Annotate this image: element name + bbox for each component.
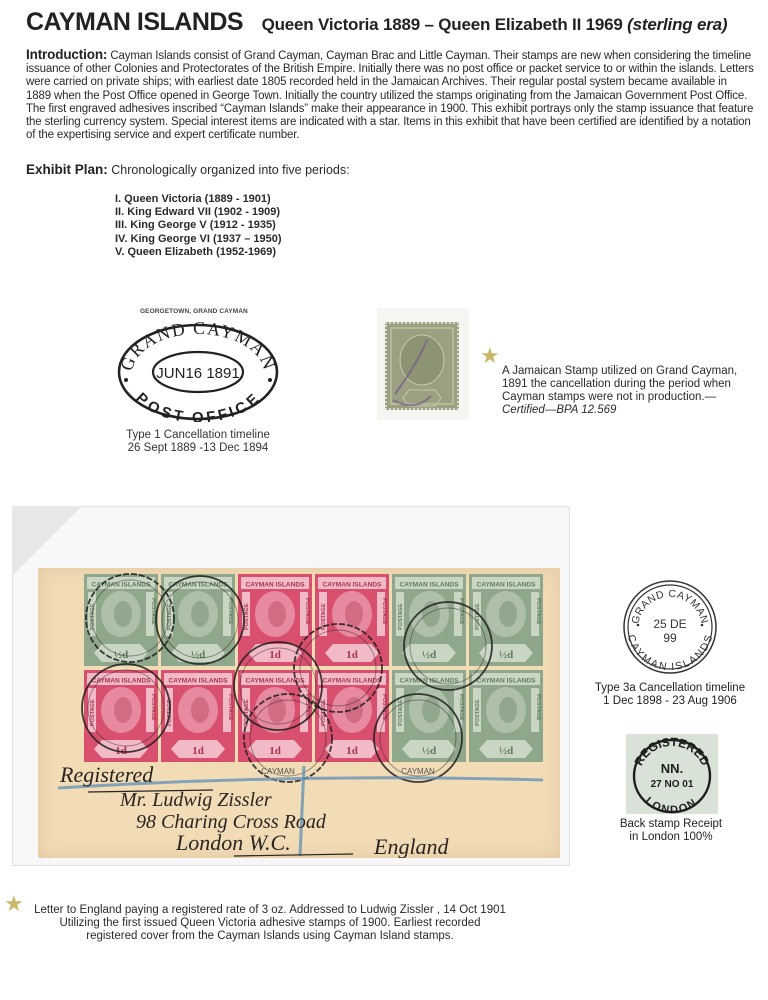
type3a-circular-postmark: GRAND CAYMAN CAYMAN ISLANDS 25 DE 99: [622, 579, 718, 675]
svg-text:1d: 1d: [192, 745, 204, 757]
svg-text:POSTAGE: POSTAGE: [227, 694, 233, 721]
back-stamp-bottom-text: LONDON.: [643, 795, 702, 814]
svg-text:Mr. Ludwig Zissler: Mr. Ludwig Zissler: [119, 789, 272, 811]
svg-text:½d: ½d: [422, 745, 436, 757]
svg-text:CAYMAN: CAYMAN: [261, 767, 295, 776]
subtitle-text: Queen Victoria 1889 – Queen Elizabeth II…: [262, 15, 623, 34]
svg-text:England: England: [373, 834, 450, 858]
back-stamp-caption-line: Back stamp Receipt: [598, 818, 744, 831]
type1-caption: Type 1 Cancellation timeline 26 Sept 188…: [112, 429, 284, 455]
page-header: CAYMAN ISLANDS Queen Victoria 1889 – Que…: [26, 8, 727, 37]
cover-description-line: registered cover from the Cayman Islands…: [20, 930, 520, 943]
certification-note: Certified—BPA 12.569: [502, 404, 757, 417]
svg-text:POST OFFICE: POST OFFICE: [132, 390, 263, 422]
page-subtitle: Queen Victoria 1889 – Queen Elizabeth II…: [262, 15, 728, 34]
type3a-caption: Type 3a Cancellation timeline 1 Dec 1898…: [588, 682, 752, 708]
type3a-caption-line: 1 Dec 1898 - 23 Aug 1906: [588, 695, 752, 708]
svg-text:POSTAGE: POSTAGE: [475, 699, 481, 726]
svg-text:POSTAGE: POSTAGE: [244, 603, 250, 630]
type1-caption-line: Type 1 Cancellation timeline: [112, 429, 284, 442]
period-item: I. Queen Victoria (1889 - 1901): [115, 193, 282, 206]
svg-text:POSTAGE: POSTAGE: [150, 598, 156, 625]
cover-description-line: Utilizing the first issued Queen Victori…: [20, 917, 520, 930]
back-stamp-caption: Back stamp Receipt in London 100%: [598, 818, 744, 844]
back-stamp-image: REGISTERED LONDON. NN. 27 NO 01: [626, 734, 718, 814]
svg-text:London W.C.: London W.C.: [175, 830, 291, 855]
period-list: I. Queen Victoria (1889 - 1901) II. King…: [115, 193, 282, 259]
introduction-paragraph: Introduction: Cayman Islands consist of …: [26, 48, 754, 142]
cover-stamps-and-address: CAYMAN ISLANDSPOSTAGEPOSTAGE½dCAYMAN ISL…: [38, 568, 560, 858]
jamaican-stamp-image: [385, 322, 459, 410]
svg-text:CAYMAN: CAYMAN: [401, 767, 435, 776]
svg-text:CAYMAN ISLANDS: CAYMAN ISLANDS: [399, 582, 459, 589]
back-stamp-center: NN.: [661, 761, 683, 776]
cover-description-line: Letter to England paying a registered ra…: [20, 904, 520, 917]
svg-text:POSTAGE: POSTAGE: [398, 603, 404, 630]
svg-text:CAYMAN ISLANDS: CAYMAN ISLANDS: [245, 582, 305, 589]
svg-text:½d: ½d: [499, 745, 513, 757]
svg-text:½d: ½d: [499, 649, 513, 661]
svg-text:POSTAGE: POSTAGE: [535, 694, 541, 721]
svg-text:Registered: Registered: [59, 762, 154, 787]
svg-text:½d: ½d: [422, 649, 436, 661]
type3a-caption-line: Type 3a Cancellation timeline: [588, 682, 752, 695]
period-item: IV. King George VI (1937 – 1950): [115, 233, 282, 246]
svg-text:1d: 1d: [269, 649, 281, 661]
exhibit-plan-label: Exhibit Plan:: [26, 162, 108, 177]
cds-date: 25 DE: [653, 617, 686, 631]
svg-text:1d: 1d: [346, 649, 358, 661]
page-title: CAYMAN ISLANDS: [26, 8, 243, 36]
svg-text:POSTAGE: POSTAGE: [227, 598, 233, 625]
sleeve-corner: [12, 506, 82, 576]
jamaican-stamp-description: A Jamaican Stamp utilized on Grand Cayma…: [502, 365, 757, 417]
back-stamp-date: 27 NO 01: [651, 779, 694, 790]
svg-text:1d: 1d: [269, 745, 281, 757]
description-line: 1891 the cancellation during the period …: [502, 378, 757, 391]
svg-text:CAYMAN ISLANDS: CAYMAN ISLANDS: [91, 582, 151, 589]
svg-text:POSTAGE: POSTAGE: [535, 598, 541, 625]
introduction-text: Cayman Islands consist of Grand Cayman, …: [26, 50, 754, 141]
subtitle-italic: (sterling era): [627, 15, 727, 34]
svg-text:POSTAGE: POSTAGE: [304, 598, 310, 625]
type1-oval-postmark: GRAND CAYMAN POST OFFICE JUN16 1891: [116, 322, 280, 422]
cover-description: Letter to England paying a registered ra…: [20, 904, 520, 943]
svg-text:POSTAGE: POSTAGE: [381, 598, 387, 625]
cds-year: 99: [663, 631, 677, 645]
description-line: Cayman stamps were not in production.—: [502, 391, 757, 404]
exhibit-plan: Exhibit Plan: Chronologically organized …: [26, 162, 350, 177]
type1-caption-line: 26 Sept 1889 -13 Dec 1894: [112, 442, 284, 455]
svg-text:CAYMAN ISLANDS: CAYMAN ISLANDS: [476, 678, 536, 685]
postmark-location-caption: GEORGETOWN, GRAND CAYMAN: [140, 308, 248, 315]
svg-text:POSTAGE: POSTAGE: [150, 694, 156, 721]
period-item: III. King George V (1912 - 1935): [115, 219, 282, 232]
svg-text:CAYMAN ISLANDS: CAYMAN ISLANDS: [168, 678, 228, 685]
period-item: II. King Edward VII (1902 - 1909): [115, 206, 282, 219]
period-item: V. Queen Elizabeth (1952-1969): [115, 246, 282, 259]
star-icon: ★: [480, 345, 500, 367]
svg-text:LONDON.: LONDON.: [643, 795, 702, 814]
svg-text:CAYMAN ISLANDS: CAYMAN ISLANDS: [322, 582, 382, 589]
introduction-label: Introduction:: [26, 47, 107, 62]
postmark-bottom-text: POST OFFICE: [132, 390, 263, 422]
svg-text:POSTAGE: POSTAGE: [458, 694, 464, 721]
description-line: A Jamaican Stamp utilized on Grand Cayma…: [502, 365, 757, 378]
svg-text:½d: ½d: [191, 649, 205, 661]
exhibit-plan-text: Chronologically organized into five peri…: [111, 163, 349, 177]
postmark-date: JUN16 1891: [156, 365, 239, 382]
svg-text:CAYMAN ISLANDS: CAYMAN ISLANDS: [91, 678, 151, 685]
svg-text:CAYMAN ISLANDS: CAYMAN ISLANDS: [476, 582, 536, 589]
back-stamp-caption-line: in London 100%: [598, 831, 744, 844]
svg-text:1d: 1d: [346, 745, 358, 757]
